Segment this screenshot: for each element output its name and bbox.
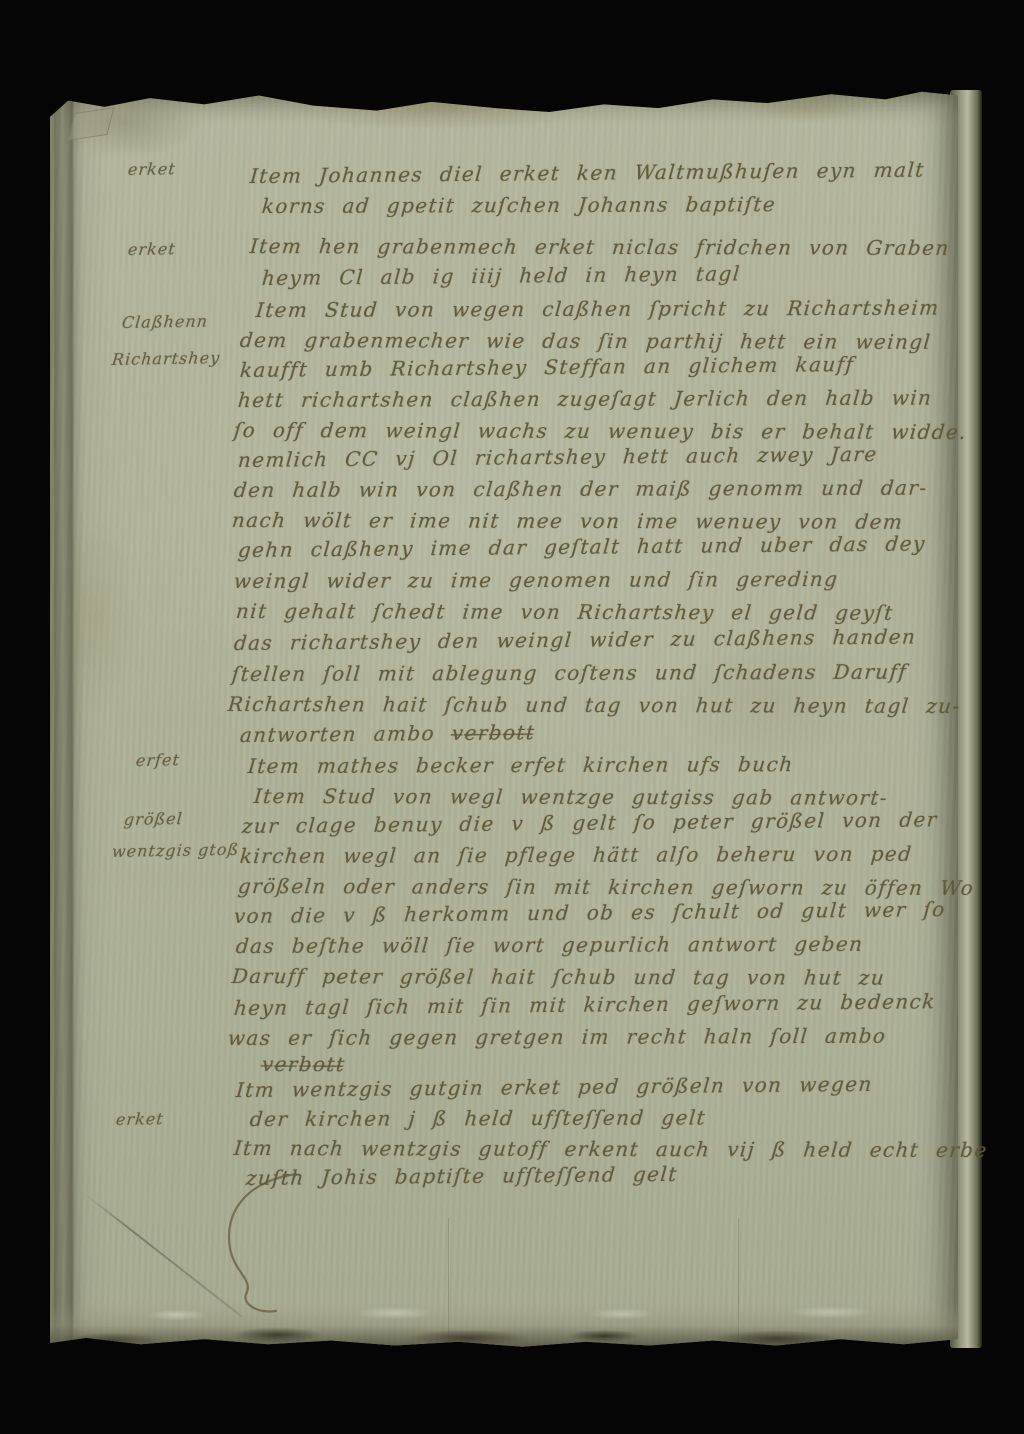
paper-stain (56, 518, 136, 718)
photograph-background: Item Johannes diel erket ken Waltmußhuſe… (0, 0, 1024, 1434)
paper-stain (50, 88, 200, 158)
paper-stain (740, 94, 870, 122)
binding-seam (54, 88, 84, 1348)
margin-bracket-flourish (218, 1168, 308, 1318)
worn-bottom-edge (50, 1302, 958, 1348)
paper-stain (290, 88, 590, 130)
manuscript-page (50, 88, 958, 1348)
paper-stain (670, 628, 870, 768)
